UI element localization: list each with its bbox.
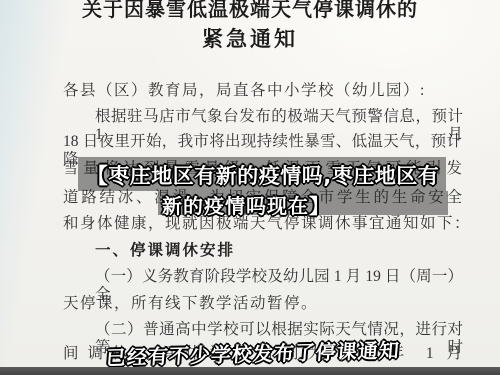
subtitle-text-line2: 新的疫情吗现在】 [162, 190, 330, 219]
document-photo: 关于因暴雪低温极端天气停课调休的 紧急通知 各县（区）教育局，局直各中小学校（幼… [0, 0, 500, 375]
notice-title-line2: 紧急通知 [0, 25, 500, 54]
notice-title-line1: 关于因暴雪低温极端天气停课调休的 [0, 0, 500, 25]
notice-title: 关于因暴雪低温极端天气停课调休的 紧急通知 [0, 0, 500, 54]
bottom-edge-bar [0, 367, 500, 375]
body-line-salutation: 各县（区）教育局，局直各中小学校（幼儿园）: [63, 82, 426, 100]
section-heading: 一、停课调休安排 [95, 242, 235, 260]
body-line: 天停课，所有线下教学活动暂停。 [63, 295, 318, 313]
subtitle-text-line1: 【枣庄地区有新的疫情吗,枣庄地区有 [80, 160, 446, 190]
